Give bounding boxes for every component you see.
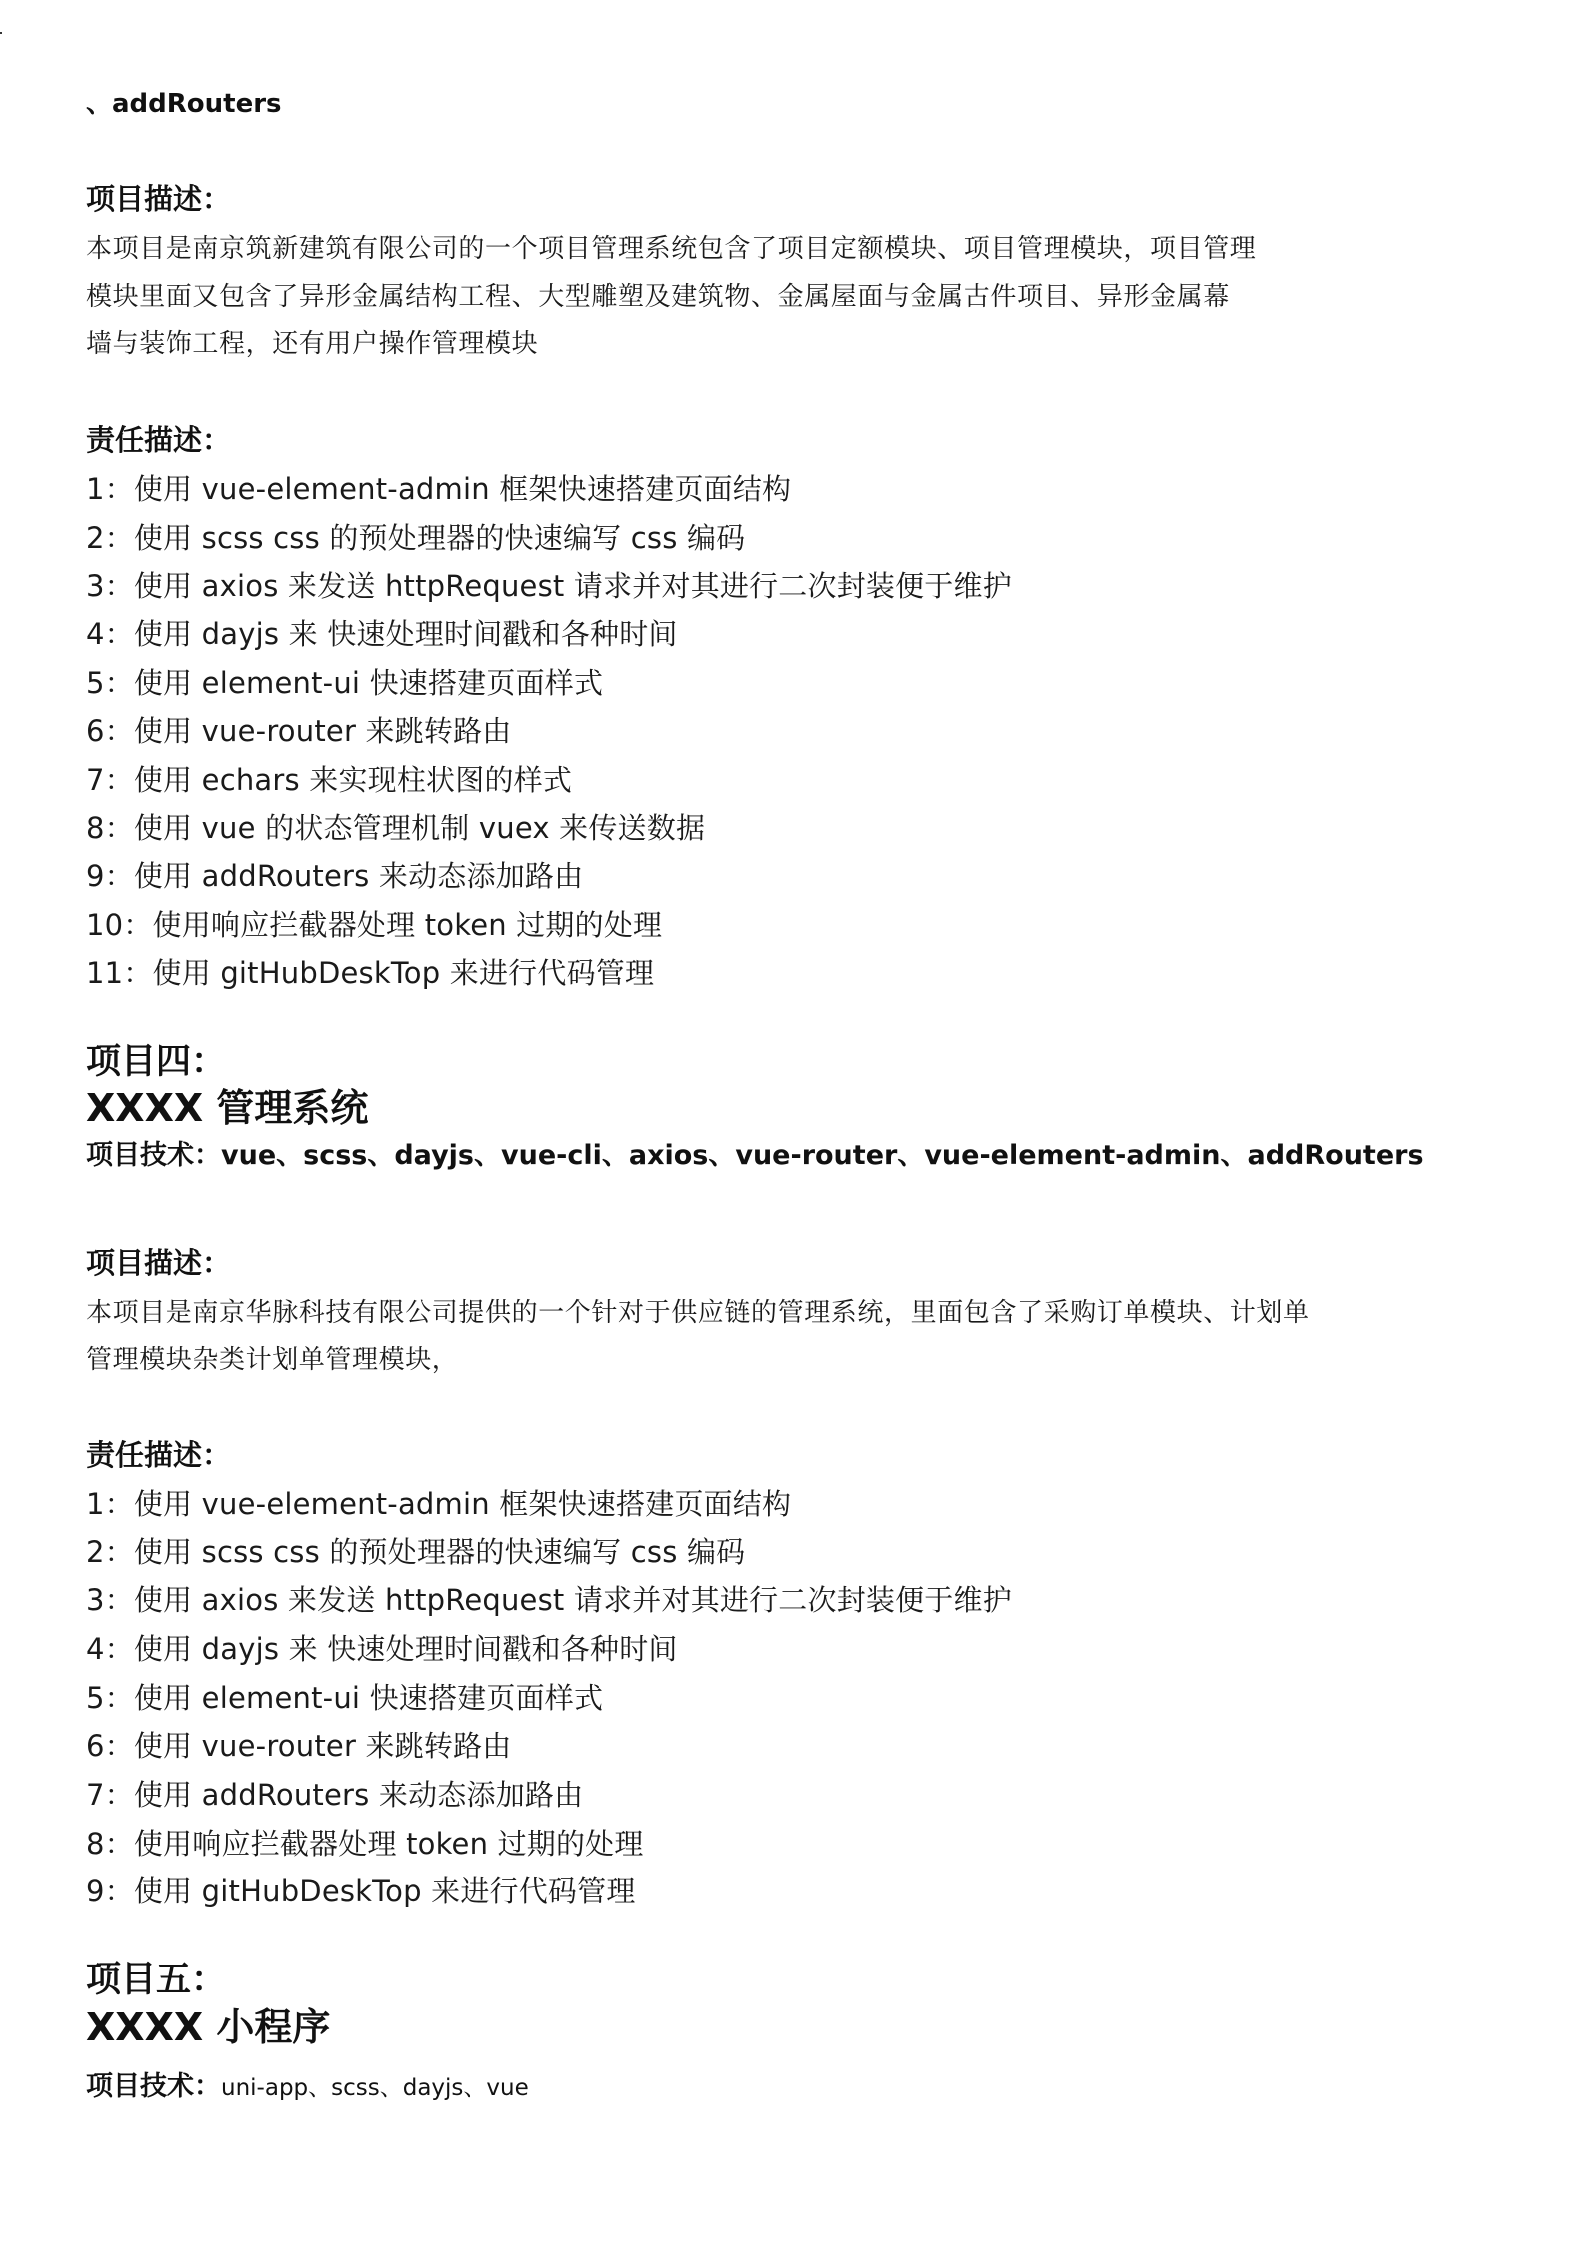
project4-resp-item: 2：使用 scss css 的预处理器的快速编写 css 编码 [86, 1538, 745, 1567]
project4-resp-item: 3：使用 axios 来发送 httpRequest 请求并对其进行二次封装便于… [86, 1586, 1012, 1615]
project5-tech-value: uni-app、scss、dayjs、vue [221, 2075, 529, 2101]
project4-resp-item: 4：使用 dayjs 来 快速处理时间戳和各种时间 [86, 1635, 678, 1664]
project3-desc-line: 模块里面又包含了异形金属结构工程、大型雕塑及建筑物、金属屋面与金属古件项目、异形… [86, 284, 1230, 310]
project3-resp-item: 10：使用响应拦截器处理 token 过期的处理 [86, 911, 662, 940]
project3-desc-label: 项目描述： [86, 185, 231, 214]
project4-tech-label: 项目技术： [86, 1140, 221, 1171]
project3-resp-item: 2：使用 scss css 的预处理器的快速编写 css 编码 [86, 524, 745, 553]
project4-heading: 项目四： [86, 1045, 226, 1080]
project4-tech-value: vue、scss、dayjs、vue-cli、axios、vue-router、… [221, 1140, 1424, 1171]
project4-tech-line: 项目技术：vue、scss、dayjs、vue-cli、axios、vue-ro… [86, 1142, 1424, 1169]
project5-tech-label: 项目技术： [86, 2071, 221, 2102]
project3-resp-item: 3：使用 axios 来发送 httpRequest 请求并对其进行二次封装便于… [86, 572, 1012, 601]
project5-name: XXXX 小程序 [86, 2008, 330, 2046]
project3-resp-item: 6：使用 vue-router 来跳转路由 [86, 717, 511, 746]
project4-resp-label: 责任描述： [86, 1441, 231, 1470]
project4-desc-line: 本项目是南京华脉科技有限公司提供的一个针对于供应链的管理系统，里面包含了采购订单… [86, 1300, 1310, 1326]
corner-artifact [0, 32, 2, 34]
project4-desc-label: 项目描述： [86, 1249, 231, 1278]
project4-resp-item: 1：使用 vue-element-admin 框架快速搭建页面结构 [86, 1490, 791, 1519]
project4-resp-item: 8：使用响应拦截器处理 token 过期的处理 [86, 1830, 644, 1859]
project4-desc-line: 管理模块杂类计划单管理模块， [86, 1347, 458, 1373]
tech-line-continuation: 、addRouters [86, 91, 282, 117]
project3-desc-line: 墙与装饰工程，还有用户操作管理模块 [86, 331, 538, 357]
project4-resp-item: 9：使用 gitHubDeskTop 来进行代码管理 [86, 1877, 636, 1906]
project3-resp-item: 1：使用 vue-element-admin 框架快速搭建页面结构 [86, 475, 791, 504]
project4-resp-item: 5：使用 element-ui 快速搭建页面样式 [86, 1684, 603, 1713]
project3-resp-item: 4：使用 dayjs 来 快速处理时间戳和各种时间 [86, 620, 678, 649]
project3-resp-item: 11：使用 gitHubDeskTop 来进行代码管理 [86, 959, 654, 988]
project3-resp-item: 7：使用 echars 来实现柱状图的样式 [86, 766, 572, 795]
project3-resp-label: 责任描述： [86, 426, 231, 455]
project5-tech-line: 项目技术：uni-app、scss、dayjs、vue [86, 2073, 529, 2100]
project5-heading: 项目五： [86, 1963, 226, 1998]
project3-desc-line: 本项目是南京筑新建筑有限公司的一个项目管理系统包含了项目定额模块、项目管理模块，… [86, 236, 1256, 262]
project4-resp-item: 6：使用 vue-router 来跳转路由 [86, 1732, 511, 1761]
project4-name: XXXX 管理系统 [86, 1089, 368, 1127]
project3-resp-item: 8：使用 vue 的状态管理机制 vuex 来传送数据 [86, 814, 705, 843]
project3-resp-item: 5：使用 element-ui 快速搭建页面样式 [86, 669, 603, 698]
project4-resp-item: 7：使用 addRouters 来动态添加路由 [86, 1781, 583, 1810]
project3-resp-item: 9：使用 addRouters 来动态添加路由 [86, 862, 583, 891]
